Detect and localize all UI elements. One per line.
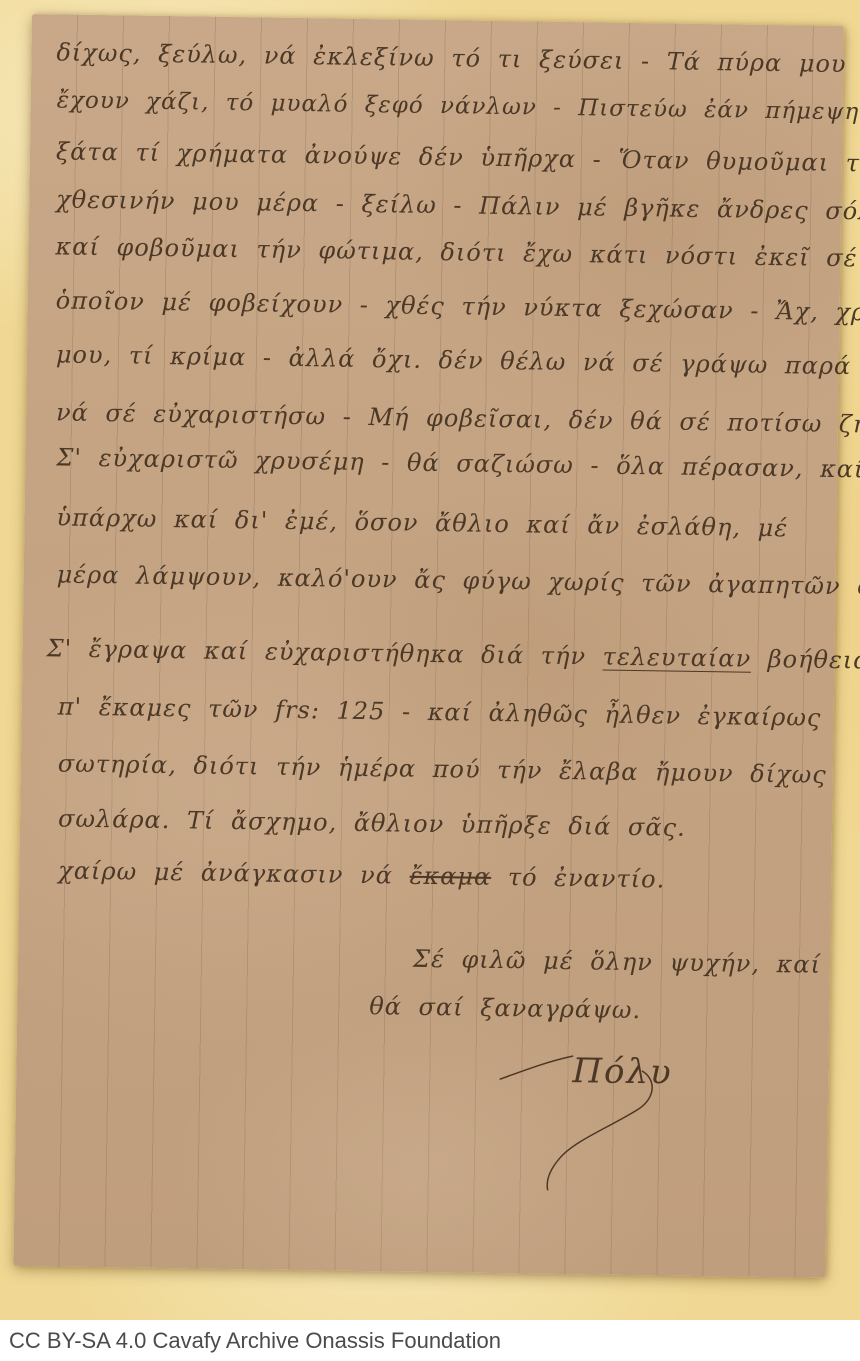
signature-block: Πόλυ <box>492 1031 705 1214</box>
signature-text: Πόλυ <box>571 1051 673 1092</box>
line-segment: Σ' ἔγραψα καί εὐχαριστήθηκα διά τήν <box>46 634 602 670</box>
parchment-background: δίχως, ξεύλω, νά ἐκλεξίνω τό τι ξεύσει -… <box>0 0 860 1361</box>
closing-line: Σέ φιλῶ μέ ὅλην ψυχήν, καί <box>413 945 821 979</box>
license-caption: CC BY-SA 4.0 Cavafy Archive Onassis Foun… <box>0 1320 860 1361</box>
handwriting-line: π' ἔκαμες τῶν frs: 125 - καί ἀληθῶς ἦλθε… <box>58 692 822 731</box>
letter-page: δίχως, ξεύλω, νά ἐκλεξίνω τό τι ξεύσει -… <box>13 14 843 1278</box>
line-segment: βοήθειαν <box>751 645 860 675</box>
handwriting-line: ὁποῖον μέ φοβείχουν - χθές τήν νύκτα ξεχ… <box>56 286 860 327</box>
handwriting-line: χθεσινήν μου μέρα - ξείλω - Πάλιν μέ βγῆ… <box>56 185 860 226</box>
handwriting-line: καί φοβοῦμαι τήν φώτιμα, διότι ἔχω κάτι … <box>55 232 857 272</box>
handwriting-line: ὑπάρχω καί δι' ἐμέ, ὅσον ἄθλιο καί ἄν ἐσ… <box>56 503 788 542</box>
handwriting-line: νά σέ εὐχαριστήσω - Μή φοβεῖσαι, δέν θά … <box>56 398 860 438</box>
handwriting-line-paragraph-start: Σ' ἔγραψα καί εὐχαριστήθηκα διά τήν τελε… <box>46 634 860 674</box>
signature-opening-stroke <box>500 1055 572 1080</box>
line-segment: χαίρω μέ ἀνάγκασιν νά <box>58 856 410 889</box>
handwriting-line: ξάτα τί χρήματα ἀνούψε δέν ὑπῆρχα - Ὅταν… <box>56 137 860 177</box>
struck-word: ἔκαμα <box>409 862 491 891</box>
underlined-word: τελευταίαν <box>602 643 751 673</box>
handwriting-line: σωλάρα. Τί ἄσχημο, ἄθλιον ὑπῆρξε διά σᾶς… <box>58 804 686 841</box>
handwriting-line: ἔχουν χάζι, τό μυαλό ξεφό νάνλων - Πιστε… <box>57 87 860 127</box>
handwriting-line: μου, τί κρίμα - ἀλλά ὄχι. δέν θέλω νά σέ… <box>56 340 860 381</box>
handwriting-line: μέρα λάμψουν, καλό'ουν ἄς φύγω χωρίς τῶν… <box>56 560 860 601</box>
closing-line: θά σαί ξαναγράψω. <box>369 992 641 1024</box>
handwriting-line: δίχως, ξεύλω, νά ἐκλεξίνω τό τι ξεύσει -… <box>56 38 860 79</box>
handwriting-line: χαίρω μέ ἀνάγκασιν νά ἔκαμα τό ἐναντίο. <box>58 856 665 893</box>
handwriting-line: Σ' εὐχαριστῶ χρυσέμη - θά σαζιώσω - ὅλα … <box>56 443 860 483</box>
line-segment: τό ἐναντίο. <box>491 863 665 894</box>
handwriting-line: σωτηρία, διότι τήν ἡμέρα πού τήν ἔλαβα ἤ… <box>58 749 827 788</box>
footer-bar: CC BY-SA 4.0 Cavafy Archive Onassis Foun… <box>0 1320 860 1361</box>
